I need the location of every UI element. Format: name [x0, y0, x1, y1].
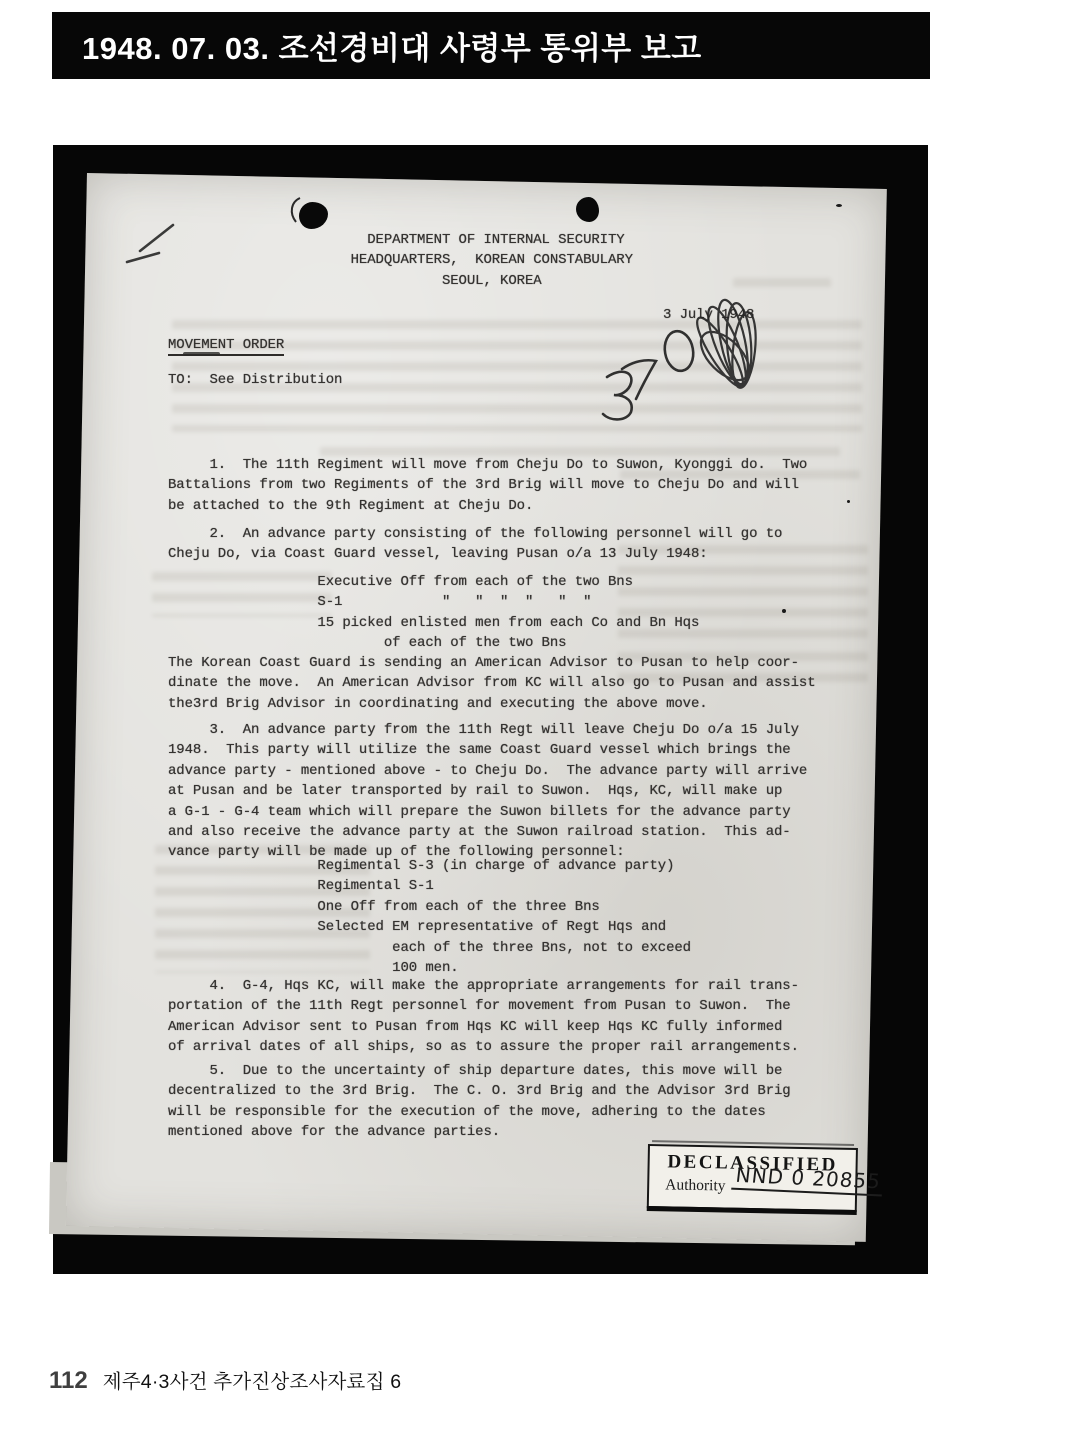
- stamp-authority-label: Authority: [665, 1176, 726, 1195]
- handwritten-number-label: 370: [0, 0, 1, 1]
- paragraph-2: 2. An advance party consisting of the fo…: [168, 524, 782, 565]
- paragraph-5: 5. Due to the uncertainty of ship depart…: [168, 1061, 791, 1143]
- coast-guard-paragraph: The Korean Coast Guard is sending an Ame…: [168, 653, 816, 714]
- ink-speck: [836, 204, 842, 207]
- page-number: 112: [49, 1367, 88, 1395]
- paragraph-1: 1. The 11th Regiment will move from Chej…: [168, 455, 807, 516]
- declassified-stamp: DECLASSIFIED Authority NND 0 20855: [647, 1144, 858, 1212]
- page: 1948. 07. 03. 조선경비대 사령부 통위부 보고 DEPARTMEN…: [0, 0, 1080, 1439]
- ink-speck: [782, 609, 786, 613]
- paragraph-3: 3. An advance party from the 11th Regt w…: [168, 720, 807, 863]
- ink-speck: [847, 500, 850, 503]
- letterhead: DEPARTMENT OF INTERNAL SECURITY HEADQUAR…: [168, 230, 633, 291]
- page-footer: 112 제주4·3사건 추가진상조사자료집 6: [49, 1366, 401, 1395]
- header-title: 1948. 07. 03. 조선경비대 사령부 통위부 보고: [52, 23, 702, 68]
- personnel-list-1: Executive Off from each of the two Bns S…: [168, 572, 699, 654]
- to-line: TO: See Distribution: [168, 370, 342, 390]
- date-line: 3 July 1948: [663, 305, 754, 325]
- personnel-list-2: Regimental S-3 (in charge of advance par…: [168, 856, 691, 978]
- header-bar: 1948. 07. 03. 조선경비대 사령부 통위부 보고: [52, 12, 930, 79]
- book-title: 제주4·3사건 추가진상조사자료집 6: [103, 1366, 402, 1394]
- underline-smear: [183, 352, 220, 356]
- paragraph-4: 4. G-4, Hqs KC, will make the appropriat…: [168, 976, 799, 1058]
- hole-punch-right: [576, 197, 599, 222]
- stamp-authority-number: NND 0 20855: [731, 1163, 885, 1197]
- bleed-through-text: [733, 278, 831, 290]
